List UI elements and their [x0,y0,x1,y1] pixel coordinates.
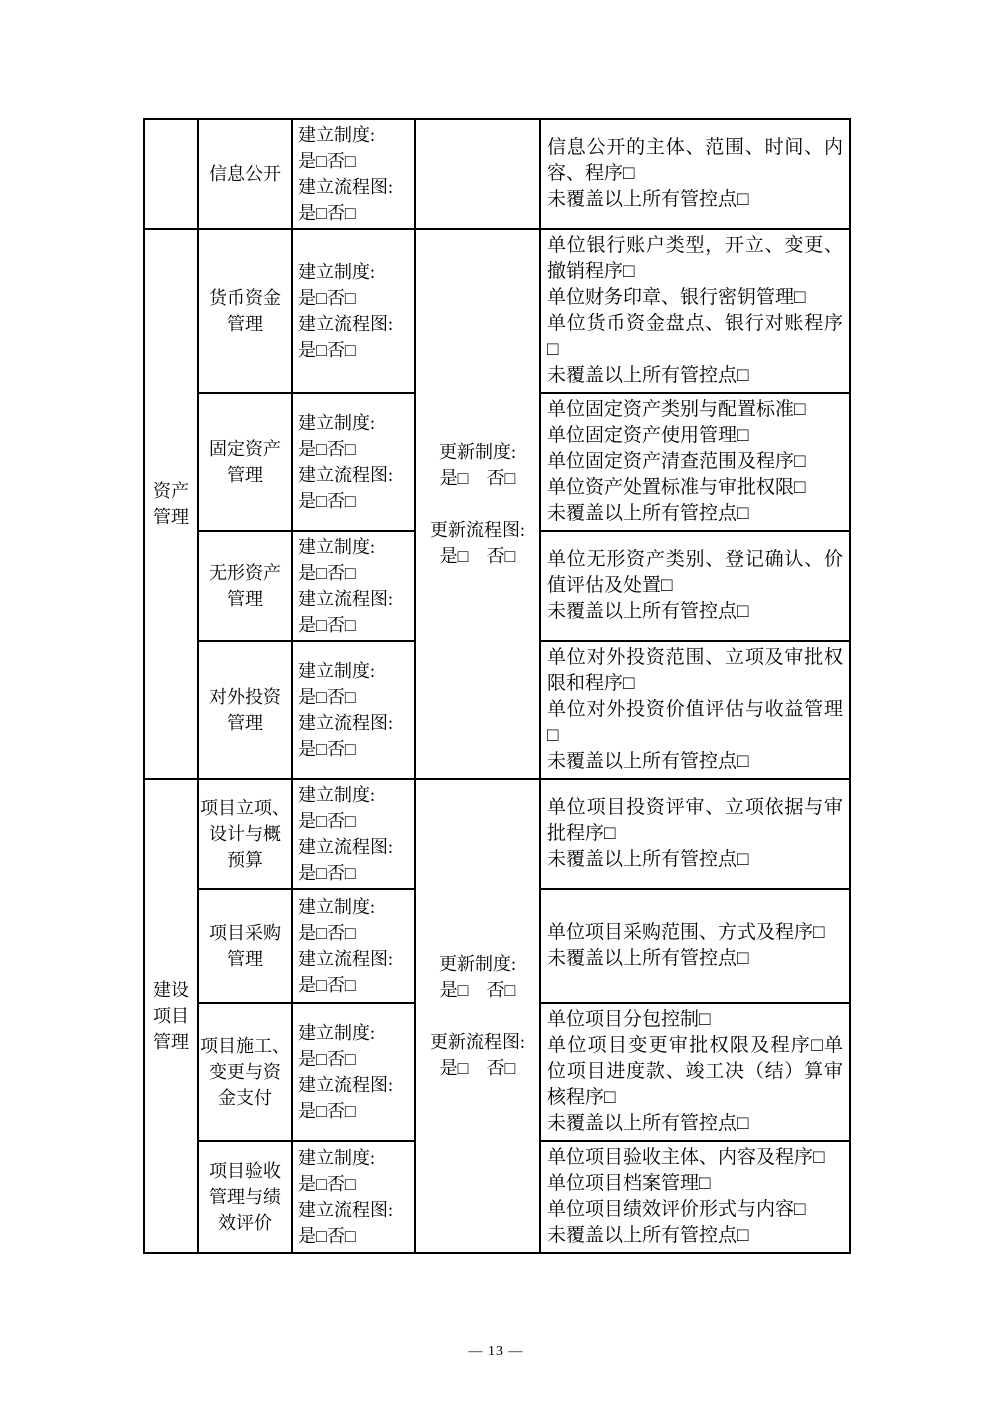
establish-system-flowchart-cell: 建立制度: 是□否□ 建立流程图: 是□否□ [292,1003,415,1141]
establish-system-flowchart-cell: 建立制度: 是□否□ 建立流程图: 是□否□ [292,229,415,393]
control-points-cell: 单位项目验收主体、内容及程序□ 单位项目档案管理□ 单位项目绩效评价形式与内容□… [540,1141,850,1253]
control-points-cell: 单位固定资产类别与配置标准□ 单位固定资产使用管理□ 单位固定资产清查范围及程序… [540,393,850,531]
control-points-cell: 单位项目投资评审、立项依据与审批程序□ 未覆盖以上所有管控点□ [540,779,850,889]
establish-system-flowchart-cell: 建立制度: 是□否□ 建立流程图: 是□否□ [292,641,415,779]
category-cell: 建设 项目 管理 [144,779,198,1253]
table-row: 建设 项目 管理 项目立项、 设计与概 预算 建立制度: 是□否□ 建立流程图:… [144,779,850,889]
table-row: 资产 管理 货币资金 管理 建立制度: 是□否□ 建立流程图: 是□否□ 更新制… [144,229,850,393]
update-system-flowchart-cell: 更新制度: 是□ 否□ 更新流程图: 是□ 否□ [415,779,540,1253]
control-points-cell: 单位无形资产类别、登记确认、价值评估及处置□ 未覆盖以上所有管控点□ [540,531,850,641]
update-system-flowchart-cell: 更新制度: 是□ 否□ 更新流程图: 是□ 否□ [415,229,540,779]
control-points-cell: 单位项目分包控制□ 单位项目变更审批权限及程序□单位项目进度款、竣工决（结）算审… [540,1003,850,1141]
control-points-cell: 单位项目采购范围、方式及程序□ 未覆盖以上所有管控点□ [540,889,850,1003]
subcategory-cell: 项目施工、 变更与资 金支付 [198,1003,292,1141]
subcategory-cell: 无形资产 管理 [198,531,292,641]
establish-system-flowchart-cell: 建立制度: 是□否□ 建立流程图: 是□否□ [292,531,415,641]
subcategory-cell: 信息公开 [198,119,292,229]
page-number: — 13 — [0,1342,992,1362]
establish-system-flowchart-cell: 建立制度: 是□否□ 建立流程图: 是□否□ [292,779,415,889]
establish-system-flowchart-cell: 建立制度: 是□否□ 建立流程图: 是□否□ [292,393,415,531]
establish-system-flowchart-cell: 建立制度: 是□否□ 建立流程图: 是□否□ [292,1141,415,1253]
document-page: 信息公开 建立制度: 是□否□ 建立流程图: 是□否□ 信息公开的主体、范围、时… [0,0,992,1403]
subcategory-cell: 项目采购 管理 [198,889,292,1003]
establish-system-flowchart-cell: 建立制度: 是□否□ 建立流程图: 是□否□ [292,889,415,1003]
update-system-flowchart-cell-empty [415,119,540,229]
establish-system-flowchart-cell: 建立制度: 是□否□ 建立流程图: 是□否□ [292,119,415,229]
subcategory-cell: 对外投资 管理 [198,641,292,779]
control-points-cell: 单位对外投资范围、立项及审批权限和程序□ 单位对外投资价值评估与收益管理□ 未覆… [540,641,850,779]
internal-control-checklist-table: 信息公开 建立制度: 是□否□ 建立流程图: 是□否□ 信息公开的主体、范围、时… [143,118,851,1254]
subcategory-cell: 固定资产 管理 [198,393,292,531]
subcategory-cell: 货币资金 管理 [198,229,292,393]
control-points-cell: 单位银行账户类型，开立、变更、撤销程序□ 单位财务印章、银行密钥管理□ 单位货币… [540,229,850,393]
category-cell: 资产 管理 [144,229,198,779]
category-cell-empty [144,119,198,229]
table-row: 信息公开 建立制度: 是□否□ 建立流程图: 是□否□ 信息公开的主体、范围、时… [144,119,850,229]
subcategory-cell: 项目立项、 设计与概 预算 [198,779,292,889]
control-points-cell: 信息公开的主体、范围、时间、内容、程序□ 未覆盖以上所有管控点□ [540,119,850,229]
subcategory-cell: 项目验收 管理与绩 效评价 [198,1141,292,1253]
